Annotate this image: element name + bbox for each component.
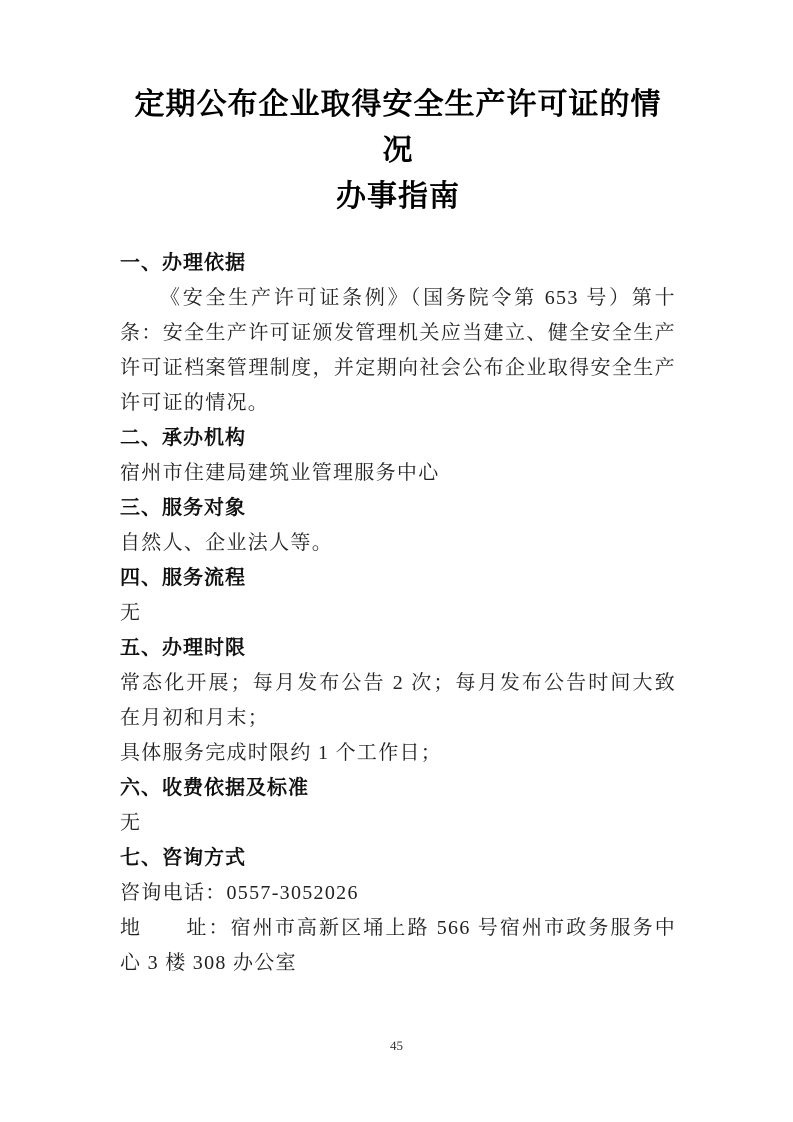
section-time-limit-paragraph-2: 具体服务完成时限约 1 个工作日；	[120, 736, 676, 771]
section-service-target-paragraph: 自然人、企业法人等。	[120, 526, 676, 561]
section-time-limit-paragraph-1: 常态化开展；每月发布公告 2 次；每月发布公告时间大致在月初和月末；	[120, 666, 676, 736]
document-title-line2: 办事指南	[120, 174, 676, 220]
section-fee-standard-paragraph: 无	[120, 806, 676, 841]
page-number: 45	[0, 1038, 793, 1054]
section-consultation-address: 地 址：宿州市高新区埇上路 566 号宿州市政务服务中心 3 楼 308 办公室	[120, 911, 676, 981]
document-content: 定期公布企业取得安全生产许可证的情况 办事指南 一、办理依据 《安全生产许可证条…	[120, 82, 676, 981]
section-heading-fee-standard: 六、收费依据及标准	[120, 771, 676, 806]
document-title-line1: 定期公布企业取得安全生产许可证的情况	[120, 82, 676, 174]
section-consultation-phone: 咨询电话：0557-3052026	[120, 876, 676, 911]
section-heading-service-process: 四、服务流程	[120, 561, 676, 596]
document-title: 定期公布企业取得安全生产许可证的情况 办事指南	[120, 82, 676, 220]
sections-container: 一、办理依据 《安全生产许可证条例》（国务院令第 653 号）第十条：安全生产许…	[120, 246, 676, 981]
section-heading-basis: 一、办理依据	[120, 246, 676, 281]
section-heading-undertaking-agency: 二、承办机构	[120, 421, 676, 456]
section-heading-time-limit: 五、办理时限	[120, 631, 676, 666]
section-undertaking-agency-paragraph: 宿州市住建局建筑业管理服务中心	[120, 456, 676, 491]
section-heading-consultation: 七、咨询方式	[120, 841, 676, 876]
section-heading-service-target: 三、服务对象	[120, 491, 676, 526]
document-page: 定期公布企业取得安全生产许可证的情况 办事指南 一、办理依据 《安全生产许可证条…	[0, 0, 793, 1122]
section-service-process-paragraph: 无	[120, 596, 676, 631]
section-basis-paragraph: 《安全生产许可证条例》（国务院令第 653 号）第十条：安全生产许可证颁发管理机…	[120, 281, 676, 421]
